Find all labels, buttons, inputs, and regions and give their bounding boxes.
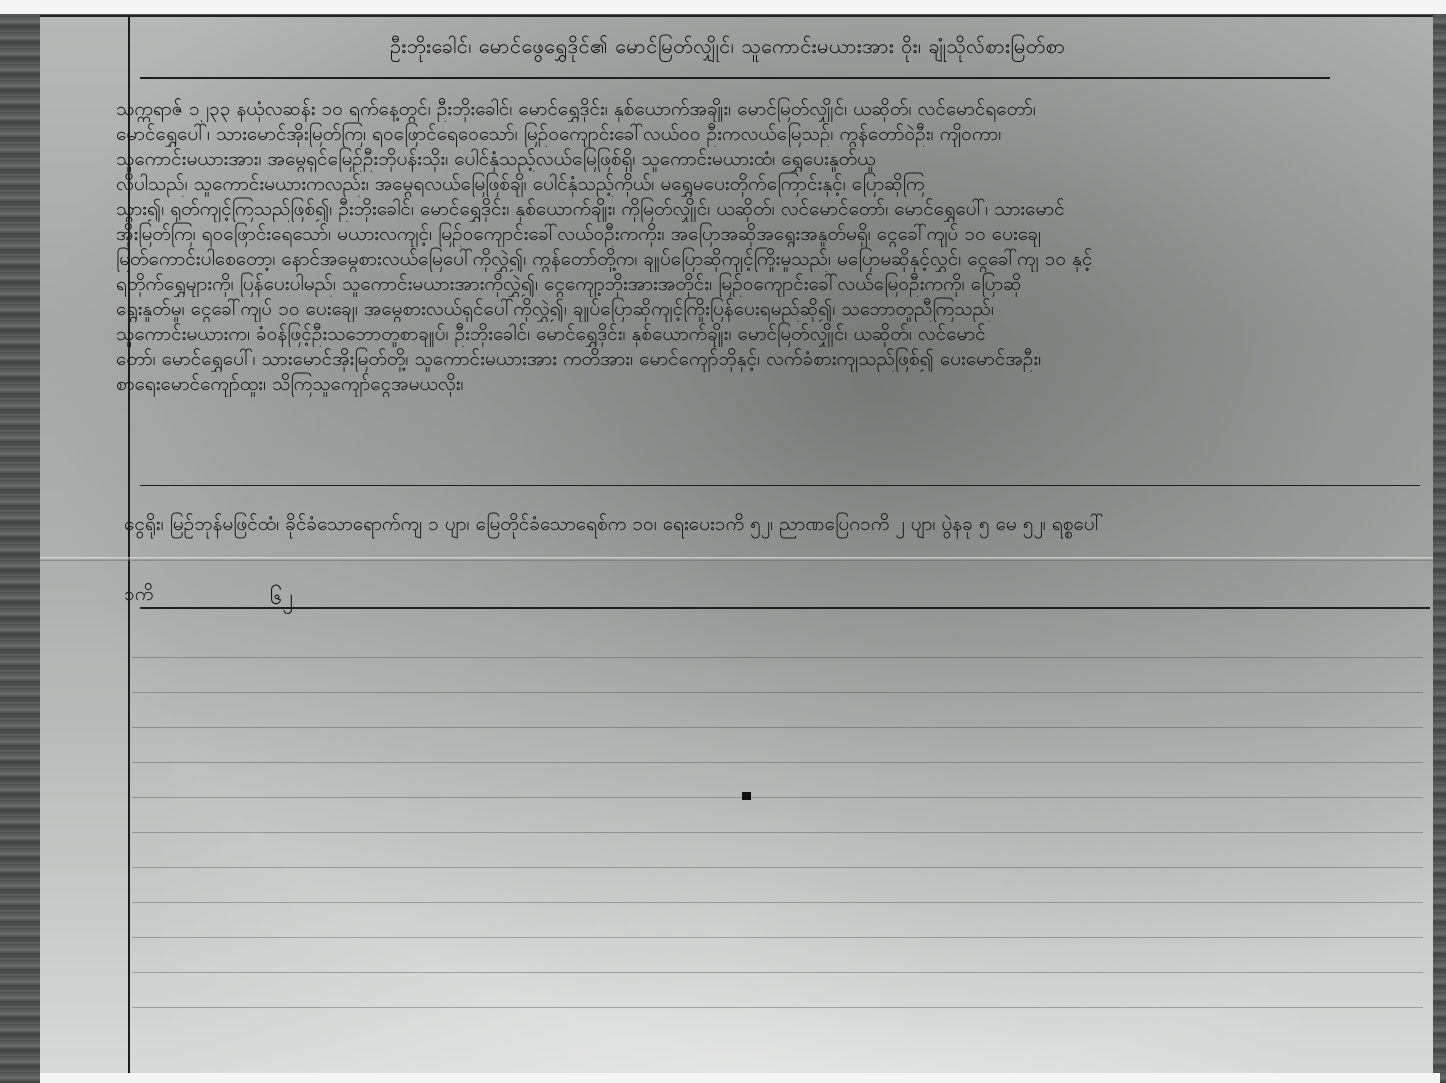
body-line: သက္ကရာဇ် ၁၂၃၃ နယုံလဆန်း ၁၀ ရက်နေ့တွင်၊ ဦ… bbox=[116, 97, 1416, 122]
page-number: ၆၂ bbox=[270, 582, 293, 615]
colophon-line: ၁ကိ bbox=[124, 582, 153, 610]
body-line: မြတ်ကောင်းပါစေတော့၊ နောင်အမွေစားလယ်မြေပေ… bbox=[116, 247, 1416, 272]
document-title: ဦးဘိုးခေါင်၊ မောင်ဖွေရွှေဒိုင်၏ မောင်မြတ… bbox=[390, 33, 1250, 63]
body-line: လိုပါသည်၊ သူကောင်းမယားကလည်း၊ အမွေရလယ်မြေ… bbox=[116, 172, 1416, 197]
body-line: ရတိုက်ရွှေများကို၊ ပြန်ပေးပါမည်၊ သူကောင်… bbox=[116, 272, 1416, 297]
ink-spot bbox=[742, 792, 751, 800]
paper-fold bbox=[40, 557, 1433, 561]
ruled-line bbox=[132, 867, 1423, 868]
footer-underline bbox=[140, 607, 1430, 609]
scan-border-top bbox=[0, 0, 1446, 14]
ruled-line bbox=[132, 1007, 1423, 1008]
section-divider bbox=[140, 485, 1420, 486]
body-line: သူကောင်းမယားအား၊ အမွေရှင်မြေဉ်ဦးဘိုပန်းသ… bbox=[116, 147, 1416, 172]
scan-border-bottom bbox=[40, 1073, 1440, 1083]
body-line: ရွေးနှုတ်မှု၊ ငွေခေါ်ကျပ် ၁၀ ပေးချေ၊ အမွ… bbox=[116, 297, 1416, 322]
ruled-line bbox=[132, 902, 1423, 903]
ruled-line bbox=[132, 727, 1423, 728]
body-line: စာရေးမောင်ကျော်ထူး၊ သိကြသူကျော်ငွေအမယလို… bbox=[116, 372, 1416, 397]
body-line: အိုးမြတ်ကြ၊ ရဝဖြောင်းရေသော်၊ မယားလကျင့်၊… bbox=[116, 222, 1416, 247]
ruled-line bbox=[132, 692, 1423, 693]
ruled-line bbox=[132, 762, 1423, 763]
colophon-block: ငွေရိုး၊ မြဉ်ဘုန်မဖြင်ထံ၊ ခိုင်ခံသောရောက… bbox=[124, 505, 1404, 543]
ruled-line bbox=[132, 657, 1423, 658]
colophon-line: ငွေရိုး၊ မြဉ်ဘုန်မဖြင်ထံ၊ ခိုင်ခံသောရောက… bbox=[124, 505, 1404, 543]
ruled-line bbox=[132, 972, 1423, 973]
body-line: သွား၍၊ ရုတ်ကျင့်ကြသည်ဖြစ်၍၊ ဦးဘိုးခေါင်၊… bbox=[116, 197, 1416, 222]
ruled-line bbox=[132, 937, 1423, 938]
body-line: တော်၊ မောင်ရွှေပေါ်၊ သားမောင်အိုးမြတ်တို… bbox=[116, 347, 1416, 372]
body-line: မောင်ရွှေပေါ်၊ သားမောင်အိုးမြတ်ကြ၊ ရဝဖြေ… bbox=[116, 122, 1416, 147]
body-paragraph: သက္ကရာဇ် ၁၂၃၃ နယုံလဆန်း ၁၀ ရက်နေ့တွင်၊ ဦ… bbox=[116, 97, 1416, 397]
manuscript-page: ဦးဘိုးခေါင်၊ မောင်ဖွေရွှေဒိုင်၏ မောင်မြတ… bbox=[40, 15, 1433, 1075]
title-underline bbox=[140, 77, 1330, 79]
ruled-line bbox=[132, 797, 1423, 798]
body-line: သူကောင်းမယားက၊ ခံဝန်ဖြင့်ဦးသဘောတူစာချုပ်… bbox=[116, 322, 1416, 347]
ruled-line bbox=[132, 832, 1423, 833]
